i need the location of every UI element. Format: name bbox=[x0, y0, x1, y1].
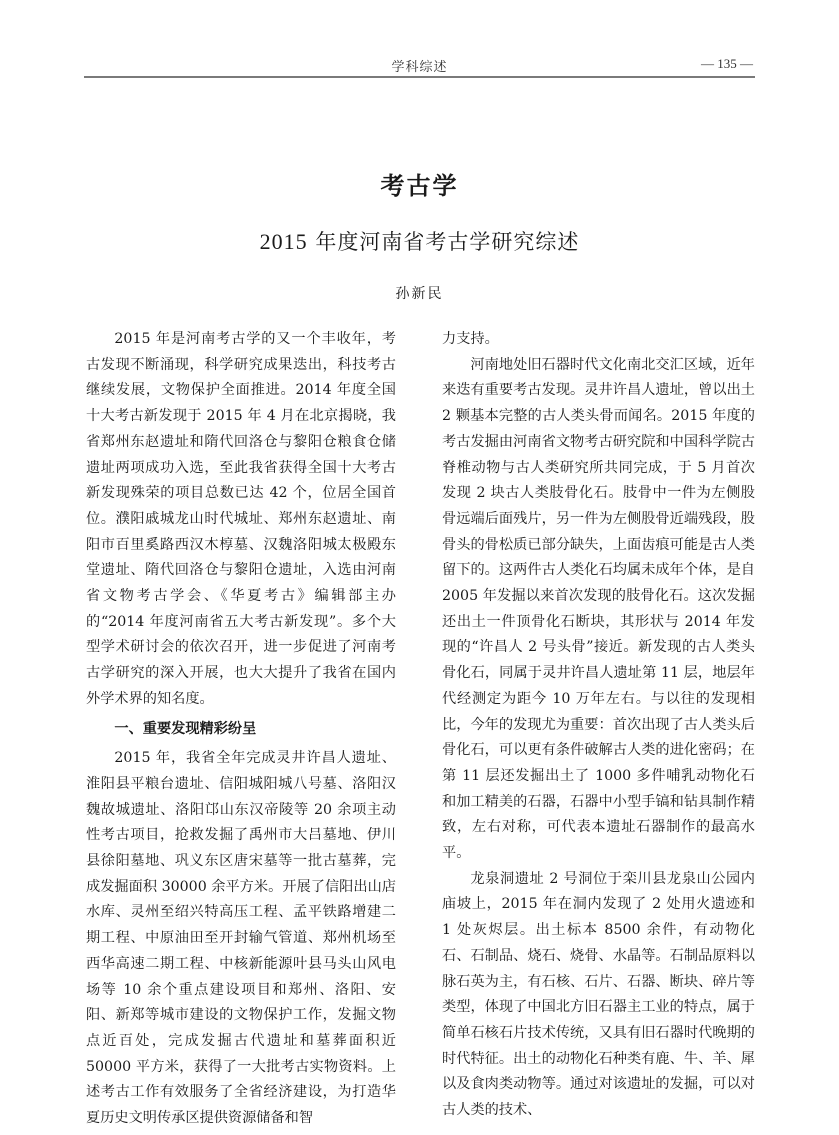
article-title: 2015 年度河南省考古学研究综述 bbox=[0, 226, 839, 256]
paragraph: 2015 年，我省全年完成灵井许昌人遗址、淮阳县平粮台遗址、信阳城阳城八号墓、洛… bbox=[86, 746, 396, 1132]
page-number: — 135 — bbox=[701, 56, 753, 72]
section-heading: 一、重要发现精彩纷呈 bbox=[86, 713, 396, 747]
column-title: 考古学 bbox=[0, 166, 839, 201]
right-column: 力支持。 河南地处旧石器时代文化南北交汇区域，近年来迭有重要考古发现。灵井许昌人… bbox=[442, 327, 755, 1124]
paragraph: 2015 年是河南考古学的又一个丰收年，考古发现不断涌现，科学研究成果迭出，科技… bbox=[86, 327, 396, 713]
left-column: 2015 年是河南考古学的又一个丰收年，考古发现不断涌现，科学研究成果迭出，科技… bbox=[86, 327, 396, 1132]
paragraph: 河南地处旧石器时代文化南北交汇区域，近年来迭有重要考古发现。灵井许昌人遗址，曾以… bbox=[442, 353, 755, 867]
running-head-section: 学科综述 bbox=[84, 56, 755, 75]
paragraph-continuation: 力支持。 bbox=[442, 327, 755, 353]
header-rule bbox=[84, 76, 755, 78]
running-head: 学科综述 — 135 — bbox=[84, 52, 755, 78]
article-title-year: 2015 bbox=[260, 229, 308, 254]
article-title-text: 年度河南省考古学研究综述 bbox=[308, 230, 580, 254]
paragraph: 龙泉洞遗址 2 号洞位于栾川县龙泉山公园内庙坡上，2015 年在洞内发现了 2 … bbox=[442, 867, 755, 1124]
author: 孙新民 bbox=[0, 283, 839, 303]
